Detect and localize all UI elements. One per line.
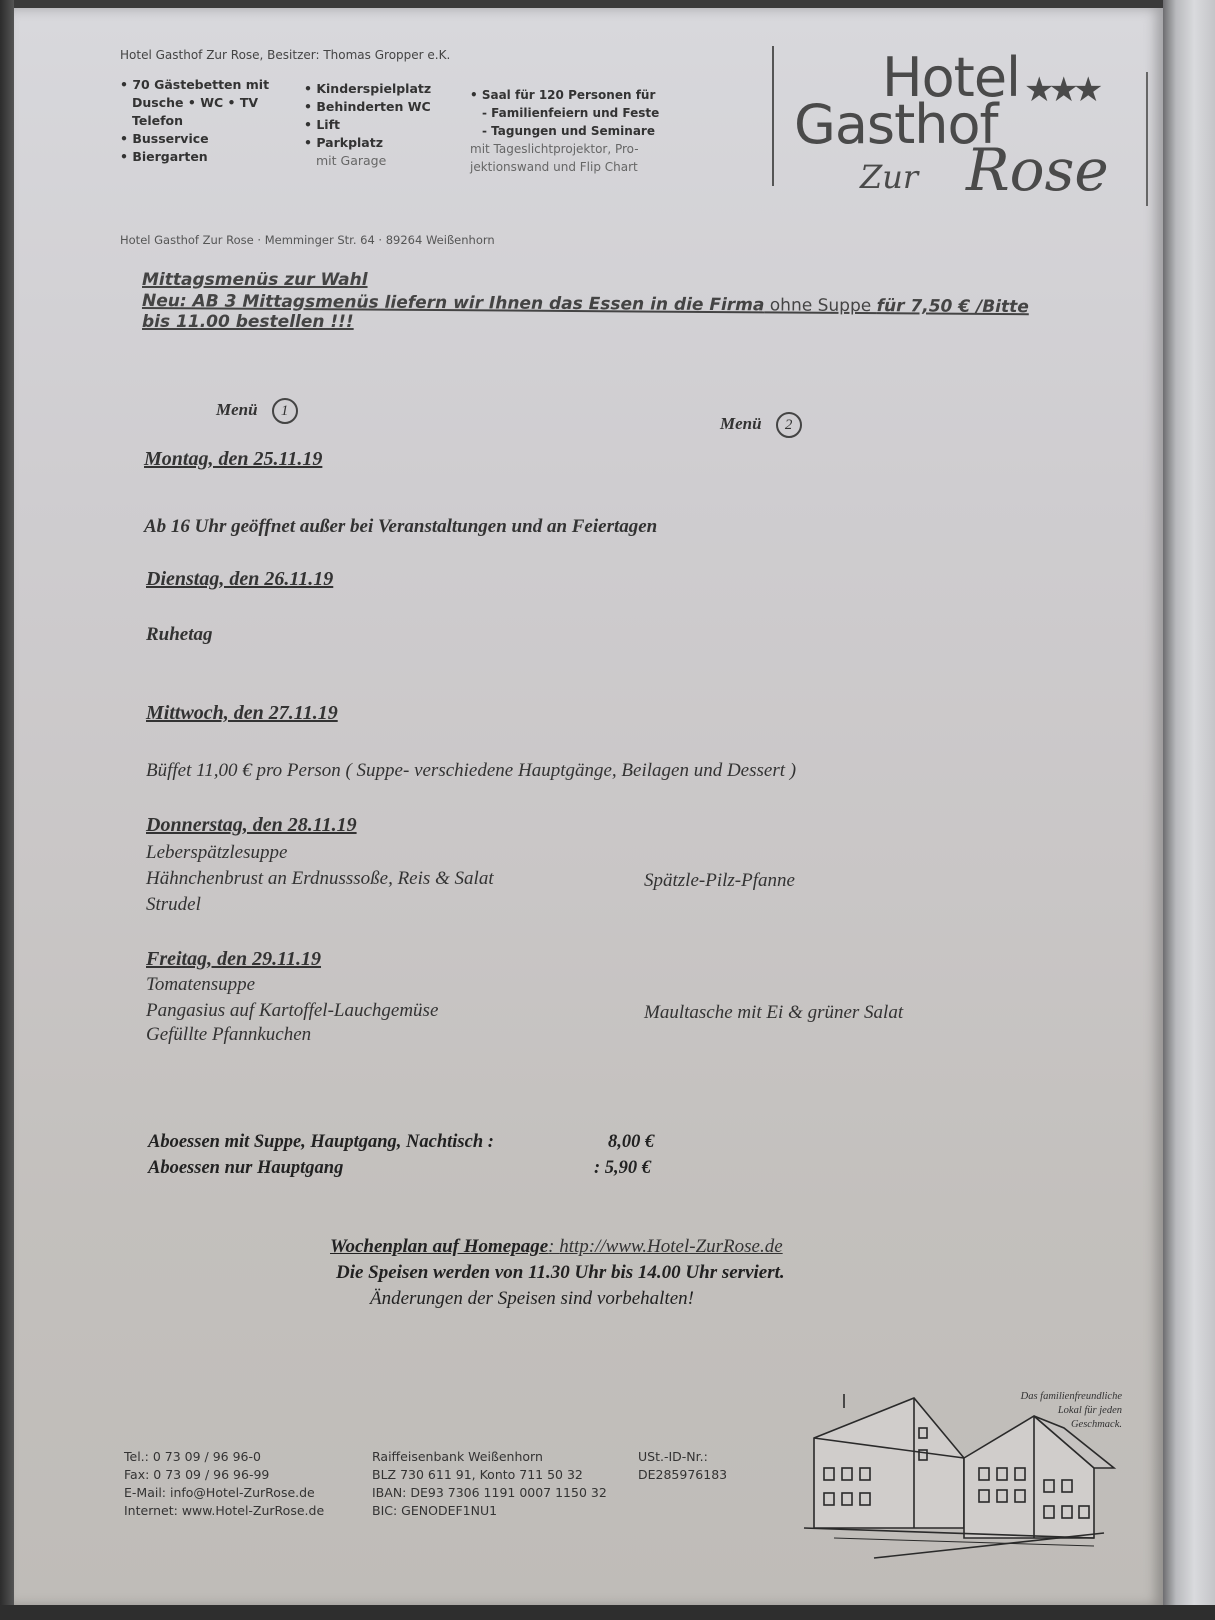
feature-item: • Busservice — [120, 130, 290, 148]
feature-item: • Kinderspielplatz — [304, 80, 474, 98]
feature-item: mit Tageslichtprojektor, Pro- — [470, 140, 710, 158]
menu-sheet: Hotel Gasthof Zur Rose, Besitzer: Thomas… — [14, 8, 1164, 1606]
feature-item: jektionswand und Flip Chart — [470, 158, 710, 176]
soup-thursday: Leberspätzlesuppe — [146, 840, 287, 866]
features-col-2: • Kinderspielplatz • Behinderten WC • Li… — [304, 80, 474, 170]
menu-1-header: Menü1 — [216, 398, 298, 424]
serving-time: Die Speisen werden von 11.30 Uhr bis 14.… — [336, 1262, 785, 1284]
notice-line2: bis 11.00 bestellen !!! — [142, 312, 354, 332]
feature-item: - Familienfeiern und Feste — [470, 104, 710, 122]
bank-iban: IBAN: DE93 7306 1191 0007 1150 32 — [372, 1484, 607, 1502]
notice: Mittagsmenüs zur Wahl Neu: AB 3 Mittagsm… — [142, 270, 1042, 333]
feature-item: • Saal für 120 Personen für — [470, 86, 710, 104]
soup-friday: Tomatensuppe — [146, 972, 255, 998]
circled-number-1-icon: 1 — [272, 398, 298, 424]
menu-2-header: Menü2 — [720, 412, 802, 438]
feature-item: Telefon — [120, 112, 290, 130]
homepage-link[interactable]: http://www.Hotel-ZurRose.de — [559, 1236, 782, 1257]
day-title-friday: Freitag, den 29.11.19 — [146, 948, 321, 971]
feature-item: mit Garage — [304, 152, 474, 170]
notice-title: Mittagsmenüs zur Wahl — [142, 270, 368, 290]
features-col-3: • Saal für 120 Personen für - Familienfe… — [470, 86, 710, 176]
circled-number-2-icon: 2 — [776, 412, 802, 438]
feature-item: • 70 Gästebetten mit — [120, 76, 290, 94]
price-row-main: Aboessen nur Hauptgang — [148, 1158, 343, 1179]
logo-divider — [772, 46, 774, 186]
day-title-tuesday: Dienstag, den 26.11.19 — [146, 568, 333, 591]
frame-left — [0, 0, 14, 1620]
email: E-Mail: info@Hotel-ZurRose.de — [124, 1484, 324, 1502]
vat-label: USt.-ID-Nr.: — [638, 1448, 727, 1466]
day-text-wednesday: Büffet 11,00 € pro Person ( Suppe- versc… — [146, 760, 796, 782]
feature-item: Dusche • WC • TV — [120, 94, 290, 112]
tagline-line: Lokal für jeden — [932, 1404, 1122, 1418]
feature-item: • Behinderten WC — [304, 98, 474, 116]
price-label: Aboessen nur Hauptgang — [148, 1158, 343, 1178]
frame-right — [1163, 0, 1215, 1620]
price-value-main: : 5,90 € — [594, 1158, 651, 1179]
price-row-full: Aboessen mit Suppe, Hauptgang, Nachtisch… — [148, 1132, 494, 1153]
vat-number: DE285976183 — [638, 1466, 727, 1484]
price-value-full: 8,00 € — [608, 1132, 654, 1153]
features-col-1: • 70 Gästebetten mit Dusche • WC • TV Te… — [120, 76, 290, 166]
menu1-thursday: Hähnchenbrust an Erdnusssoße, Reis & Sal… — [146, 866, 494, 892]
changes-note: Änderungen der Speisen sind vorbehalten! — [370, 1288, 694, 1310]
notice-line1-price: für 7,50 € /Bitte — [877, 296, 1029, 317]
logo-zur: Zur — [860, 158, 918, 196]
day-title-wednesday: Mittwoch, den 27.11.19 — [146, 702, 338, 725]
logo-rose: Rose — [966, 136, 1109, 204]
notice-line1: Neu: AB 3 Mittagsmenüs liefern wir Ihnen… — [142, 291, 765, 315]
tagline-line: Geschmack. — [932, 1418, 1122, 1432]
menu-2-label: Menü — [720, 414, 762, 433]
address-line: Hotel Gasthof Zur Rose · Memminger Str. … — [120, 233, 495, 247]
homepage-line: Wochenplan auf Homepage: http://www.Hote… — [330, 1236, 783, 1258]
homepage-label: Wochenplan auf Homepage — [330, 1236, 548, 1257]
feature-item: • Biergarten — [120, 148, 290, 166]
feature-item: • Lift — [304, 116, 474, 134]
phone: Tel.: 0 73 09 / 96 96-0 — [124, 1448, 324, 1466]
tagline-line: Das familienfreundliche — [932, 1390, 1122, 1404]
bank-blz: BLZ 730 611 91, Konto 711 50 32 — [372, 1466, 607, 1484]
day-title-monday: Montag, den 25.11.19 — [144, 448, 322, 471]
frame-bottom — [0, 1605, 1215, 1620]
contact-col-3: USt.-ID-Nr.: DE285976183 — [638, 1448, 727, 1484]
bank-name: Raiffeisenbank Weißenhorn — [372, 1448, 607, 1466]
menu2-friday: Maultasche mit Ei & grüner Salat — [644, 1000, 903, 1026]
feature-item: • Parkplatz — [304, 134, 474, 152]
tagline: Das familienfreundliche Lokal für jeden … — [932, 1390, 1122, 1432]
star-rating-icon: ★★★ — [1024, 70, 1097, 110]
contact-col-2: Raiffeisenbank Weißenhorn BLZ 730 611 91… — [372, 1448, 607, 1520]
owner-line: Hotel Gasthof Zur Rose, Besitzer: Thomas… — [120, 48, 450, 62]
menu2-thursday: Spätzle-Pilz-Pfanne — [644, 868, 795, 894]
bank-bic: BIC: GENODEF1NU1 — [372, 1502, 607, 1520]
price-label: Aboessen mit Suppe, Hauptgang, Nachtisch… — [148, 1132, 494, 1152]
day-text-tuesday: Ruhetag — [146, 624, 213, 646]
fax: Fax: 0 73 09 / 96 96-99 — [124, 1466, 324, 1484]
website: Internet: www.Hotel-ZurRose.de — [124, 1502, 324, 1520]
feature-item: - Tagungen und Seminare — [470, 122, 710, 140]
contact-col-1: Tel.: 0 73 09 / 96 96-0 Fax: 0 73 09 / 9… — [124, 1448, 324, 1520]
day-text-monday: Ab 16 Uhr geöffnet außer bei Veranstaltu… — [144, 516, 657, 538]
menu-1-label: Menü — [216, 400, 258, 419]
menu1-friday: Pangasius auf Kartoffel-Lauchgemüse — [146, 998, 438, 1024]
dessert-friday: Gefüllte Pfannkuchen — [146, 1022, 311, 1048]
logo-rightbar — [1146, 72, 1148, 206]
day-title-thursday: Donnerstag, den 28.11.19 — [146, 814, 357, 837]
dessert-thursday: Strudel — [146, 892, 201, 918]
notice-line1-normal: ohne Suppe — [764, 295, 876, 316]
